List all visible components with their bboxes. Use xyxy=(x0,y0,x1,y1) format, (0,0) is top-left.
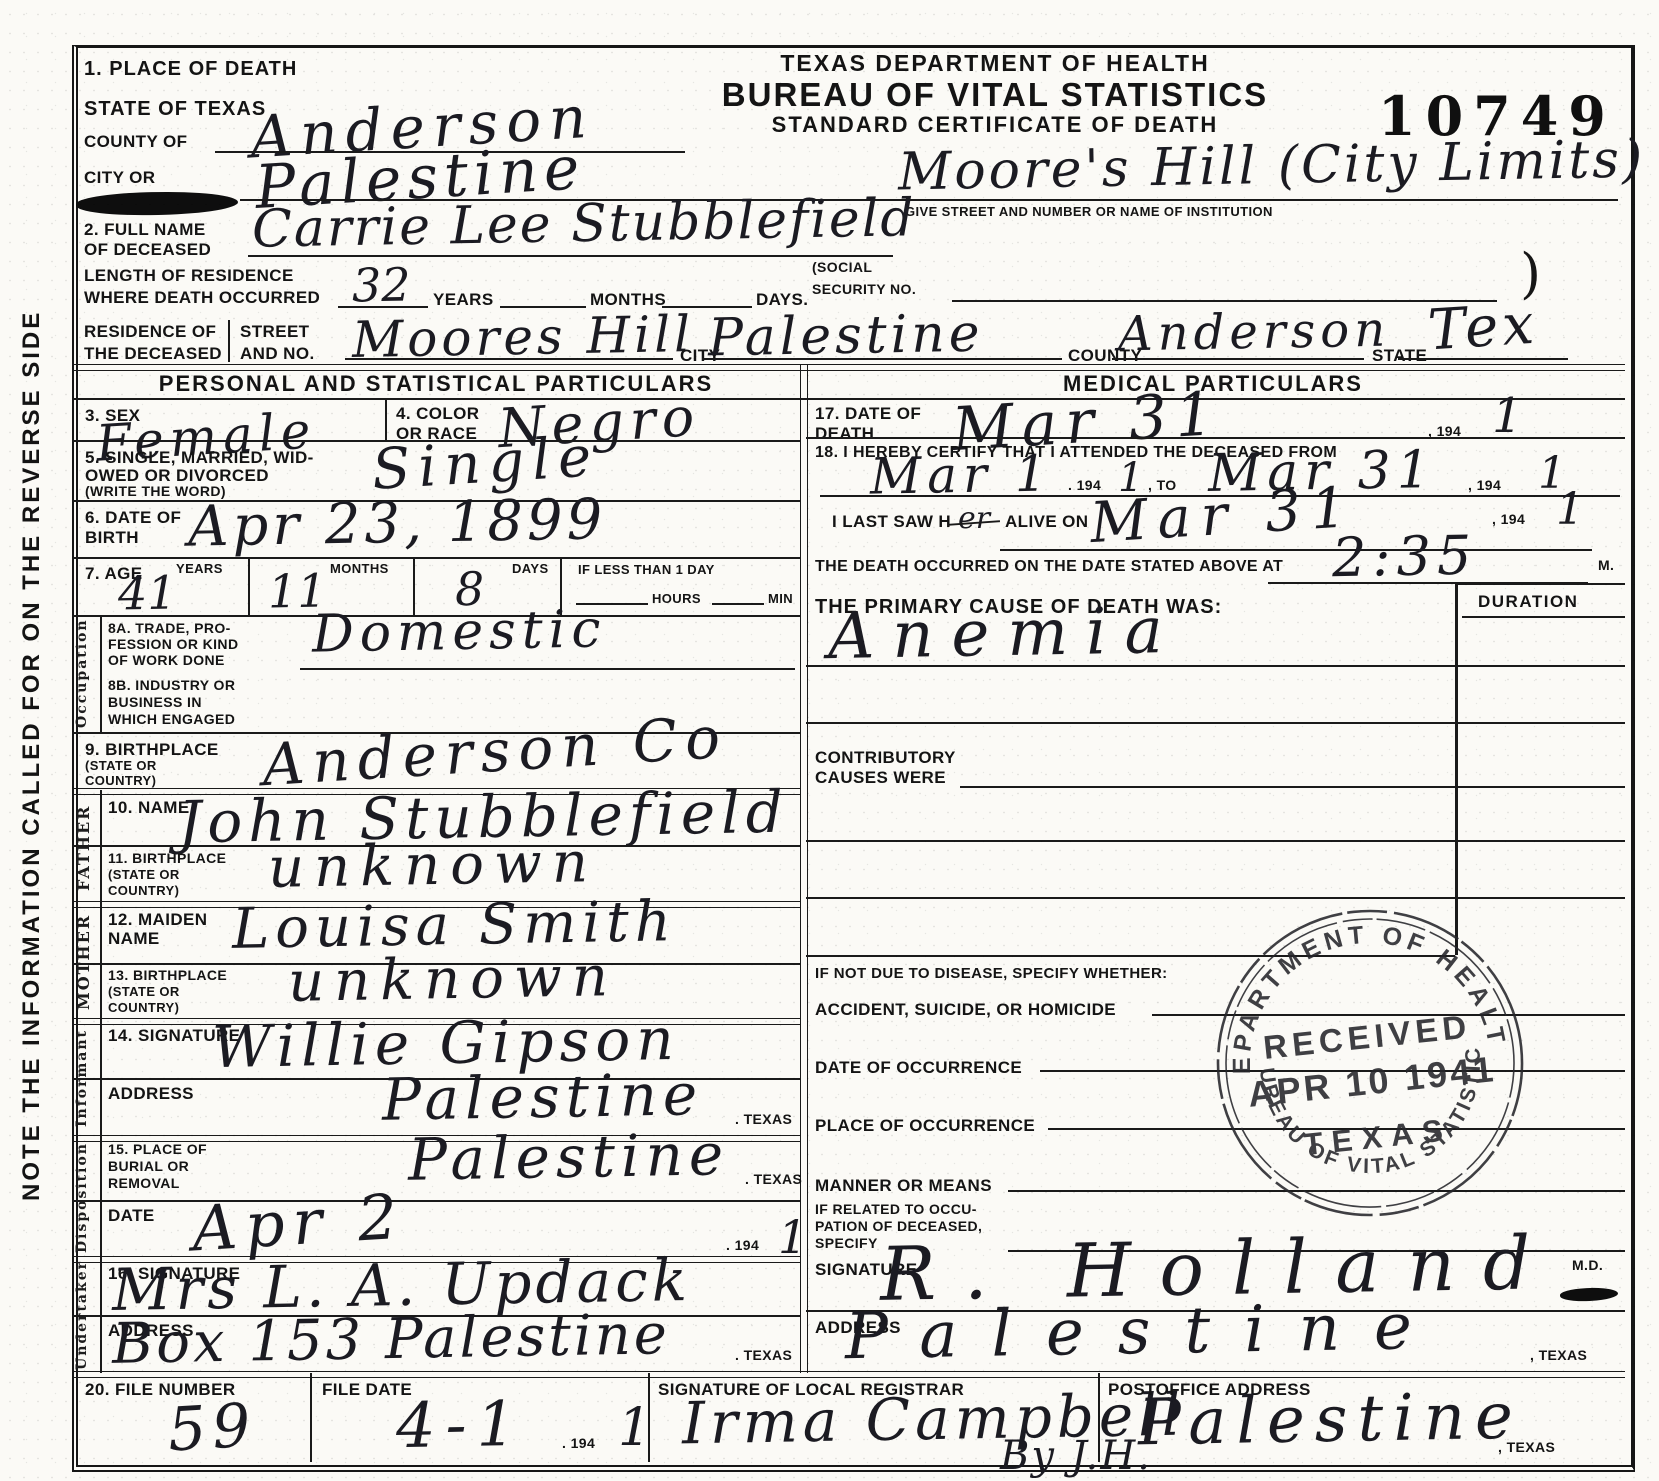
rule-line xyxy=(1112,358,1364,360)
postoffice-handwritten: Palestine xyxy=(1137,1385,1523,1456)
reverse-side-note: NOTE THE INFORMATION CALLED FOR ON THE R… xyxy=(18,295,46,1215)
accident-label: ACCIDENT, SUICIDE, OR HOMICIDE xyxy=(815,1000,1116,1019)
related-occupation-label3: SPECIFY xyxy=(815,1236,878,1252)
age-days-label: DAYS xyxy=(512,562,549,577)
street-note-label: GIVE STREET AND NUMBER OR NAME OF INSTIT… xyxy=(905,205,1273,220)
rule-line xyxy=(248,255,893,257)
rule-line xyxy=(345,358,673,360)
residence-of-label2: THE DECEASED xyxy=(84,344,222,363)
maiden-name-label2: NAME xyxy=(108,929,160,948)
rule-line xyxy=(712,603,764,605)
date-of-death-label2: DEATH xyxy=(815,424,874,443)
color-label: 4. COLOR xyxy=(396,404,480,423)
birthplace-label: 9. BIRTHPLACE xyxy=(85,740,219,759)
age-months-label: MONTHS xyxy=(330,562,389,577)
undertaker-address-handwritten: Box 153 Palestine xyxy=(112,1307,671,1373)
burial-label3: REMOVAL xyxy=(108,1176,180,1192)
birthplace-label3: COUNTRY) xyxy=(85,774,156,789)
street-handwritten: Moores Hill xyxy=(352,309,695,365)
lastsaw-year-printed: , 194 xyxy=(1492,512,1525,528)
rule-line xyxy=(960,786,1625,788)
mother-birthplace-handwritten: unknown xyxy=(288,949,619,1011)
age-years-label: YEARS xyxy=(176,562,223,577)
burial-year-handwritten: 1 xyxy=(778,1214,807,1260)
location-handwritten: Moore's Hill (City Limits) xyxy=(898,133,1646,198)
dob-label: 6. DATE OF xyxy=(85,508,181,527)
burial-date-label: DATE xyxy=(108,1206,155,1225)
trade-label3: OF WORK DONE xyxy=(108,653,225,669)
file-date-handwritten: 4-1 xyxy=(395,1393,526,1457)
state2-label: STATE xyxy=(1372,346,1427,365)
birthplace-label2: (STATE OR xyxy=(85,759,157,774)
city-or-label: CITY OR xyxy=(84,168,155,187)
father-bp-label: 11. BIRTHPLACE xyxy=(108,851,226,867)
rule-line xyxy=(228,320,230,362)
last-saw-date-handwritten: Mar 31 xyxy=(1089,480,1358,552)
rule-line xyxy=(72,1200,800,1202)
rule-line xyxy=(338,306,428,308)
section-divider xyxy=(72,364,1625,371)
street-label: STREET xyxy=(240,322,309,341)
marital-label: 5. SINGLE, MARRIED, WID- xyxy=(85,448,314,467)
m-label: M. xyxy=(1598,558,1614,574)
rule-line xyxy=(1398,358,1568,360)
years-label: YEARS xyxy=(433,290,494,309)
rule-line xyxy=(806,665,1625,667)
rule-line xyxy=(100,1137,102,1258)
rule-line xyxy=(1000,549,1592,551)
rule-line xyxy=(702,358,1062,360)
father-bp-label2: (STATE OR xyxy=(108,868,180,883)
standard-certificate-title: STANDARD CERTIFICATE OF DEATH xyxy=(565,112,1425,138)
to-year-printed: , 194 xyxy=(1468,478,1501,494)
burial-label2: BURIAL OR xyxy=(108,1159,189,1175)
trade-label2: FESSION OR KIND xyxy=(108,637,238,653)
industry-label2: BUSINESS IN xyxy=(108,695,202,711)
occupation-side-label: Occupation xyxy=(74,618,90,728)
lastsaw-year-handwritten: 1 xyxy=(1556,488,1584,532)
manner-or-means-label: MANNER OR MEANS xyxy=(815,1176,992,1195)
state-of-texas-label: STATE OF TEXAS xyxy=(84,98,266,120)
death-certificate-scan: NOTE THE INFORMATION CALLED FOR ON THE R… xyxy=(0,0,1659,1481)
father-side-label: FATHER xyxy=(74,798,93,898)
rule-line xyxy=(806,840,1625,842)
alive-on-label: ALIVE ON xyxy=(1005,512,1089,531)
mother-bp-label2: (STATE OR xyxy=(108,985,180,1000)
file-number-handwritten: 59 xyxy=(166,1395,258,1460)
place-of-occurrence-label: PLACE OF OCCURRENCE xyxy=(815,1116,1035,1135)
rule-line xyxy=(1462,616,1625,618)
father-bp-label3: COUNTRY) xyxy=(108,884,179,899)
dob-handwritten: Apr 23, 1899 xyxy=(188,492,607,555)
related-occupation-label: IF RELATED TO OCCU- xyxy=(815,1202,977,1218)
informant-address-label: ADDRESS xyxy=(108,1084,194,1103)
residence-county-handwritten: Anderson xyxy=(1118,306,1391,359)
mother-bp-label: 13. BIRTHPLACE xyxy=(108,968,227,984)
last-saw-er-handwritten: er xyxy=(958,504,990,534)
if-not-disease-label: IF NOT DUE TO DISEASE, SPECIFY WHETHER: xyxy=(815,966,1168,983)
date-of-occurrence-label: DATE OF OCCURRENCE xyxy=(815,1058,1022,1077)
rule-line xyxy=(385,398,387,440)
contributory-label2: CAUSES WERE xyxy=(815,768,946,787)
trade-label: 8A. TRADE, PRO- xyxy=(108,621,231,637)
maiden-name-label: 12. MAIDEN xyxy=(108,910,207,929)
dob-label2: BIRTH xyxy=(85,528,139,547)
full-name-label2: OF DECEASED xyxy=(84,240,211,259)
registrar-by-handwritten: By J.H. xyxy=(1000,1436,1152,1476)
industry-label3: WHICH ENGAGED xyxy=(108,712,235,728)
dept-of-health-title: TEXAS DEPARTMENT OF HEALTH xyxy=(565,50,1425,77)
disposition-side-label: Disposition xyxy=(74,1142,90,1254)
informant-texas-label: . TEXAS xyxy=(735,1112,792,1128)
mother-bp-label3: COUNTRY) xyxy=(108,1001,179,1016)
burial-year-printed: . 194 xyxy=(726,1238,759,1254)
rule-line xyxy=(310,1373,312,1462)
physician-texas-label: , TEXAS xyxy=(1530,1348,1587,1364)
bureau-title: BUREAU OF VITAL STATISTICS xyxy=(565,76,1425,114)
dod-year-handwritten: 1 xyxy=(1492,392,1523,440)
place-of-death-label: 1. PLACE OF DEATH xyxy=(84,58,297,80)
md-label: M.D. xyxy=(1572,1258,1603,1274)
full-name-handwritten: Carrie Lee Stubblefield xyxy=(252,192,916,256)
date-of-death-label: 17. DATE OF xyxy=(815,404,921,423)
rule-line xyxy=(72,557,800,559)
burial-label: 15. PLACE OF xyxy=(108,1142,207,1158)
occurred-at-label: THE DEATH OCCURRED ON THE DATE STATED AB… xyxy=(815,558,1283,576)
informant-address-handwritten: Palestine xyxy=(382,1065,704,1129)
rule-line xyxy=(100,903,102,1020)
min-label: MIN xyxy=(768,592,793,607)
file-year-handwritten: 1 xyxy=(618,1402,651,1454)
time-of-death-handwritten: 2:35 xyxy=(1332,529,1478,586)
primary-cause-handwritten: Anemia xyxy=(827,599,1181,669)
father-birthplace-handwritten: unknown xyxy=(268,835,599,897)
rule-line xyxy=(952,300,1497,302)
hours-label: HOURS xyxy=(652,592,701,607)
trade-handwritten: Domestic xyxy=(312,603,607,660)
street-label2: AND NO. xyxy=(240,344,315,363)
residence-years-handwritten: 32 xyxy=(352,261,411,308)
file-year-printed: . 194 xyxy=(562,1436,595,1452)
length-residence-label2: WHERE DEATH OCCURRED xyxy=(84,288,320,307)
mother-side-label: MOTHER xyxy=(74,910,93,1013)
postoffice-texas-label: , TEXAS xyxy=(1498,1440,1555,1456)
contributory-label: CONTRIBUTORY xyxy=(815,748,956,767)
duration-label: DURATION xyxy=(1478,592,1578,611)
rule-line xyxy=(100,615,102,732)
burial-date-handwritten: Apr 2 xyxy=(190,1186,407,1261)
rule-line xyxy=(72,398,1625,400)
less-than-day-label: IF LESS THAN 1 DAY xyxy=(578,563,715,578)
burial-texas-label: . TEXAS xyxy=(745,1172,802,1188)
rule-line xyxy=(806,437,1625,439)
length-residence-label: LENGTH OF RESIDENCE xyxy=(84,266,294,285)
rule-line xyxy=(1455,583,1625,585)
rule-line xyxy=(300,668,795,670)
social-label: (SOCIAL xyxy=(812,260,872,276)
rule-line xyxy=(806,722,1625,724)
received-stamp: DEPARTMENT OF HEALTH RECEIVED APR 10 194… xyxy=(1189,882,1552,1245)
industry-label: 8B. INDUSTRY OR xyxy=(108,678,235,694)
residence-city-handwritten: Palestine xyxy=(708,308,984,365)
rule-line xyxy=(248,557,250,615)
county-of-label: COUNTY OF xyxy=(84,132,187,151)
undertaker-texas-label: . TEXAS xyxy=(735,1348,792,1364)
age-years-handwritten: 41 xyxy=(118,569,177,616)
full-name-label: 2. FULL NAME xyxy=(84,220,206,239)
residence-of-label: RESIDENCE OF xyxy=(84,322,216,341)
last-saw-label: I LAST SAW H xyxy=(832,512,951,531)
security-no-label: SECURITY NO. xyxy=(812,282,916,298)
residence-state-handwritten: Tex xyxy=(1426,297,1539,360)
attended-from-handwritten: Mar 1 xyxy=(870,448,1053,501)
physician-address-handwritten: Palestine xyxy=(844,1295,1446,1369)
burial-place-handwritten: Palestine xyxy=(408,1125,730,1189)
